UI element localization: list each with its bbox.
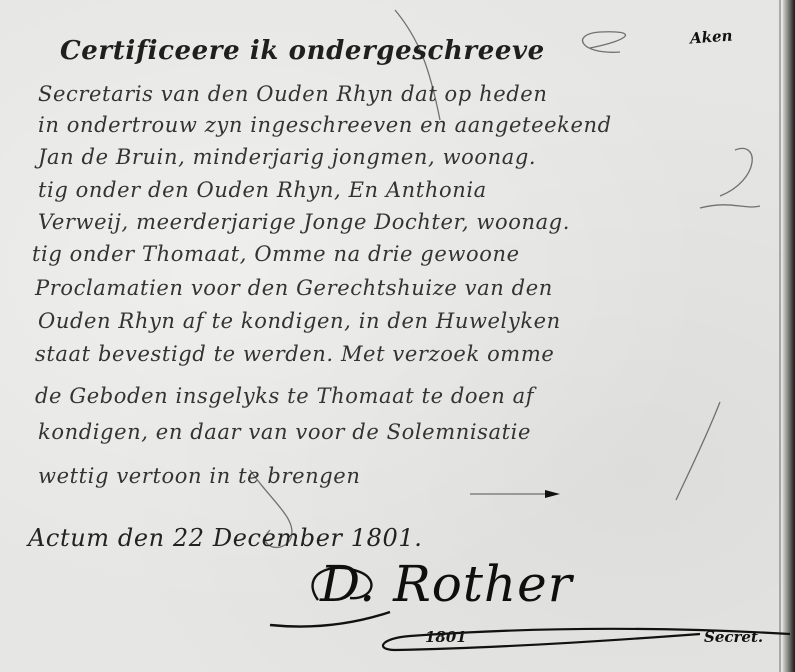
scanned-document-page: Aken Certificeere ik ondergeschreeve Sec… (0, 0, 795, 672)
signature-title: Secret. (704, 628, 763, 646)
text-line-3: in ondertrouw zyn ingeschreeven en aange… (38, 113, 612, 137)
text-line-12: kondigen, en daar van voor de Solemnisat… (38, 420, 531, 444)
text-line-13: wettig vertoon in te brengen (38, 464, 360, 488)
signature-name: D. Rother (320, 555, 573, 613)
text-line-5: tig onder den Ouden Rhyn, En Anthonia (38, 178, 487, 202)
text-line-10: staat bevestigd te werden. Met verzoek o… (35, 342, 554, 366)
text-line-11: de Geboden insgelyks te Thomaat te doen … (35, 384, 534, 408)
margin-note: Aken (689, 27, 733, 48)
text-line-2: Secretaris van den Ouden Rhyn dat op hed… (38, 82, 547, 106)
text-line-6: Verweij, meerderjarige Jonge Dochter, wo… (38, 210, 570, 234)
page-binding-edge (783, 0, 795, 672)
dateline: Actum den 22 December 1801. (28, 524, 423, 552)
binding-line (779, 0, 781, 672)
text-line-1: Certificeere ik ondergeschreeve (60, 36, 545, 66)
text-line-4: Jan de Bruin, minderjarig jongmen, woona… (38, 145, 536, 169)
text-line-7: tig onder Thomaat, Omme na drie gewoone (32, 242, 520, 266)
signature-year: 1801 (425, 628, 467, 646)
text-line-8: Proclamatien voor den Gerechtshuize van … (35, 276, 553, 300)
text-line-9: Ouden Rhyn af te kondigen, in den Huwely… (38, 309, 561, 333)
